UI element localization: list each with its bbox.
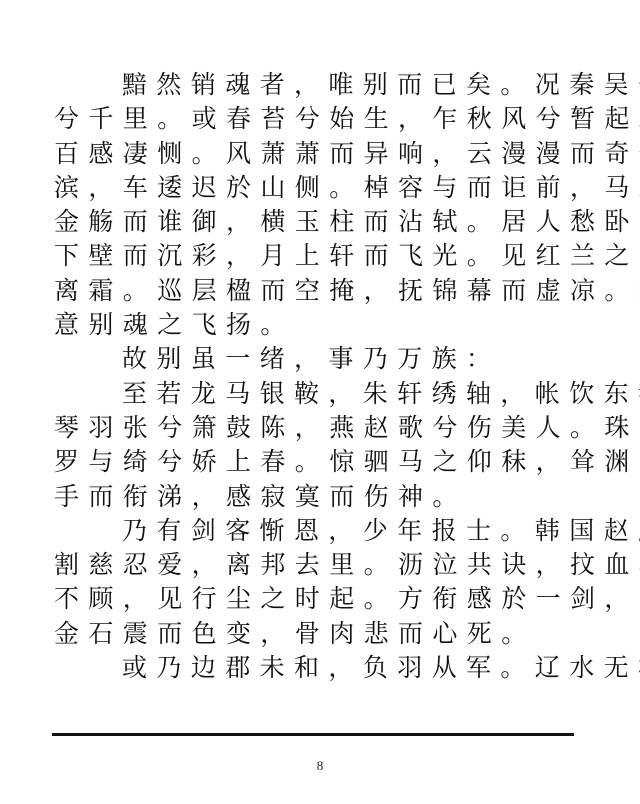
text-line: 或乃边郡未和，负羽从军。辽水无极，雁山参云。 <box>54 651 584 685</box>
text-line: 兮千里。或春苔兮始生，乍秋风兮暂起。是以行子肠断， <box>54 102 584 136</box>
text-line: 故别虽一绪，事乃万族： <box>54 342 584 376</box>
body-text: 黯然销魂者，唯别而已矣。况秦吴兮绝国，复燕宋 兮千里。或春苔兮始生，乍秋风兮暂起… <box>54 68 584 685</box>
text-line: 百感凄恻。风萧萧而异响，云漫漫而奇色。舟凝滞於水 <box>54 137 584 171</box>
text-line: 手而衔涕，感寂寞而伤神。 <box>54 480 584 514</box>
text-line: 金觞而谁御，横玉柱而沾轼。居人愁卧，怳若有亡。日 <box>54 205 584 239</box>
text-line: 罗与绮兮娇上春。惊驷马之仰秣，耸渊鱼之赤鳞。造分 <box>54 445 584 479</box>
text-line: 乃有剑客惭恩，少年报士。韩国赵厕，吴宫燕市， <box>54 514 584 548</box>
text-line: 意别魂之飞扬。 <box>54 308 584 342</box>
page-number: 8 <box>0 758 640 774</box>
text-line: 黯然销魂者，唯别而已矣。况秦吴兮绝国，复燕宋 <box>54 68 584 102</box>
footer-rule <box>52 733 574 736</box>
text-line: 至若龙马银鞍，朱轩绣轴，帐饮东都，送客金谷。 <box>54 377 584 411</box>
text-line: 滨，车逶迟於山侧。棹容与而讵前，马寒鸣而不息。掩 <box>54 171 584 205</box>
text-line: 琴羽张兮箫鼓陈，燕赵歌兮伤美人。珠与玉兮艳莫秋， <box>54 411 584 445</box>
text-line: 离霜。巡层楹而空掩，抚锦幕而虚凉。知离梦之踯躅， <box>54 274 584 308</box>
document-page: 黯然销魂者，唯别而已矣。况秦吴兮绝国，复燕宋 兮千里。或春苔兮始生，乍秋风兮暂起… <box>0 0 640 804</box>
text-line: 不顾，见行尘之时起。方衔感於一剑，非买价於泉里。 <box>54 582 584 616</box>
text-line: 金石震而色变，骨肉悲而心死。 <box>54 617 584 651</box>
text-line: 割慈忍爱，离邦去里。沥泣共诀，抆血相视。驱征马而 <box>54 548 584 582</box>
text-line: 下壁而沉彩，月上轩而飞光。见红兰之受露，望青楸之 <box>54 239 584 273</box>
